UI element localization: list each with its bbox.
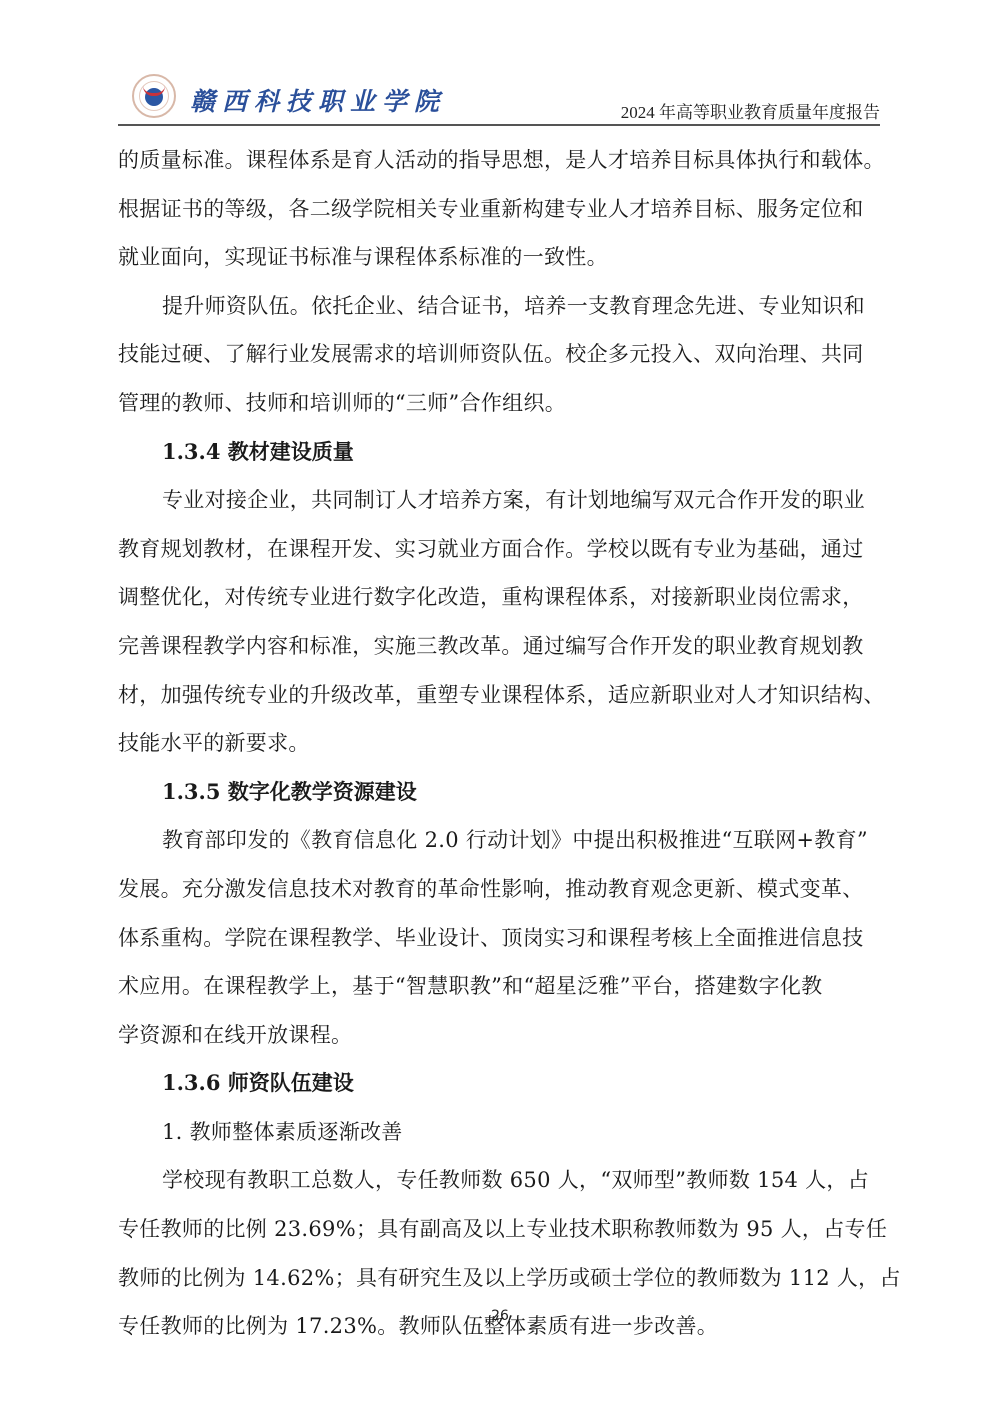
page-content: 的质量标准。课程体系是育人活动的指导思想，是人才培养目标具体执行和载体。 根据证…	[118, 136, 880, 1351]
text-line: 专任教师的比例 23.69%；具有副高及以上专业技术职称教师数为 95 人，占专…	[118, 1205, 880, 1254]
text-line: 发展。充分激发信息技术对教育的革命性影响，推动教育观念更新、模式变革、	[118, 865, 880, 914]
text-line: 技能过硬、了解行业发展需求的培训师资队伍。校企多元投入、双向治理、共同	[118, 330, 880, 379]
text-line: 教育规划教材，在课程开发、实习就业方面合作。学校以既有专业为基础，通过	[118, 525, 880, 574]
text-line: 体系重构。学院在课程教学、毕业设计、顶岗实习和课程考核上全面推进信息技	[118, 914, 880, 963]
text-line: 教师的比例为 14.62%；具有研究生及以上学历或硕士学位的教师数为 112 人…	[118, 1254, 880, 1303]
text-line: 调整优化，对传统专业进行数字化改造，重构课程体系，对接新职业岗位需求，	[118, 573, 880, 622]
text-line: 管理的教师、技师和培训师的“三师”合作组织。	[118, 379, 880, 428]
text-line: 材，加强传统专业的升级改革，重塑专业课程体系，适应新职业对人才知识结构、	[118, 671, 880, 720]
paragraph-textbooks: 专业对接企业，共同制订人才培养方案，有计划地编写双元合作开发的职业 教育规划教材…	[118, 476, 880, 768]
text-line: 技能水平的新要求。	[118, 719, 880, 768]
school-emblem-icon	[132, 74, 176, 118]
text-line: 就业面向，实现证书标准与课程体系标准的一致性。	[118, 233, 880, 282]
text-line: 根据证书的等级，各二级学院相关专业重新构建专业人才培养目标、服务定位和	[118, 185, 880, 234]
text-line: 教育部印发的《教育信息化 2.0 行动计划》中提出积极推进“互联网+教育”	[118, 816, 880, 865]
section-heading-1-3-6: 1.3.6 师资队伍建设	[118, 1059, 880, 1108]
school-name: 赣西科技职业学院	[190, 82, 446, 118]
text-line: 学资源和在线开放课程。	[118, 1011, 880, 1060]
section-heading-1-3-4: 1.3.4 教材建设质量	[118, 428, 880, 477]
page-number: 26	[0, 1308, 1000, 1324]
text-line: 术应用。在课程教学上，基于“智慧职教”和“超星泛雅”平台，搭建数字化教	[118, 962, 880, 1011]
report-title: 2024 年高等职业教育质量年度报告	[621, 98, 880, 123]
subheading-teacher-quality: 1. 教师整体素质逐渐改善	[118, 1108, 880, 1157]
paragraph-digital-resources: 教育部印发的《教育信息化 2.0 行动计划》中提出积极推进“互联网+教育” 发展…	[118, 816, 880, 1059]
paragraph-course-system: 的质量标准。课程体系是育人活动的指导思想，是人才培养目标具体执行和载体。 根据证…	[118, 136, 880, 282]
text-line: 的质量标准。课程体系是育人活动的指导思想，是人才培养目标具体执行和载体。	[118, 136, 880, 185]
text-line: 完善课程教学内容和标准，实施三教改革。通过编写合作开发的职业教育规划教	[118, 622, 880, 671]
page-header: 赣西科技职业学院 2024 年高等职业教育质量年度报告	[118, 68, 880, 126]
section-heading-1-3-5: 1.3.5 数字化教学资源建设	[118, 768, 880, 817]
header-rule	[118, 124, 880, 126]
text-line: 学校现有教职工总数人，专任教师数 650 人，“双师型”教师数 154 人，占	[118, 1156, 880, 1205]
text-line: 专业对接企业，共同制订人才培养方案，有计划地编写双元合作开发的职业	[118, 476, 880, 525]
text-line: 提升师资队伍。依托企业、结合证书，培养一支教育理念先进、专业知识和	[118, 282, 880, 331]
paragraph-teacher-team: 提升师资队伍。依托企业、结合证书，培养一支教育理念先进、专业知识和 技能过硬、了…	[118, 282, 880, 428]
